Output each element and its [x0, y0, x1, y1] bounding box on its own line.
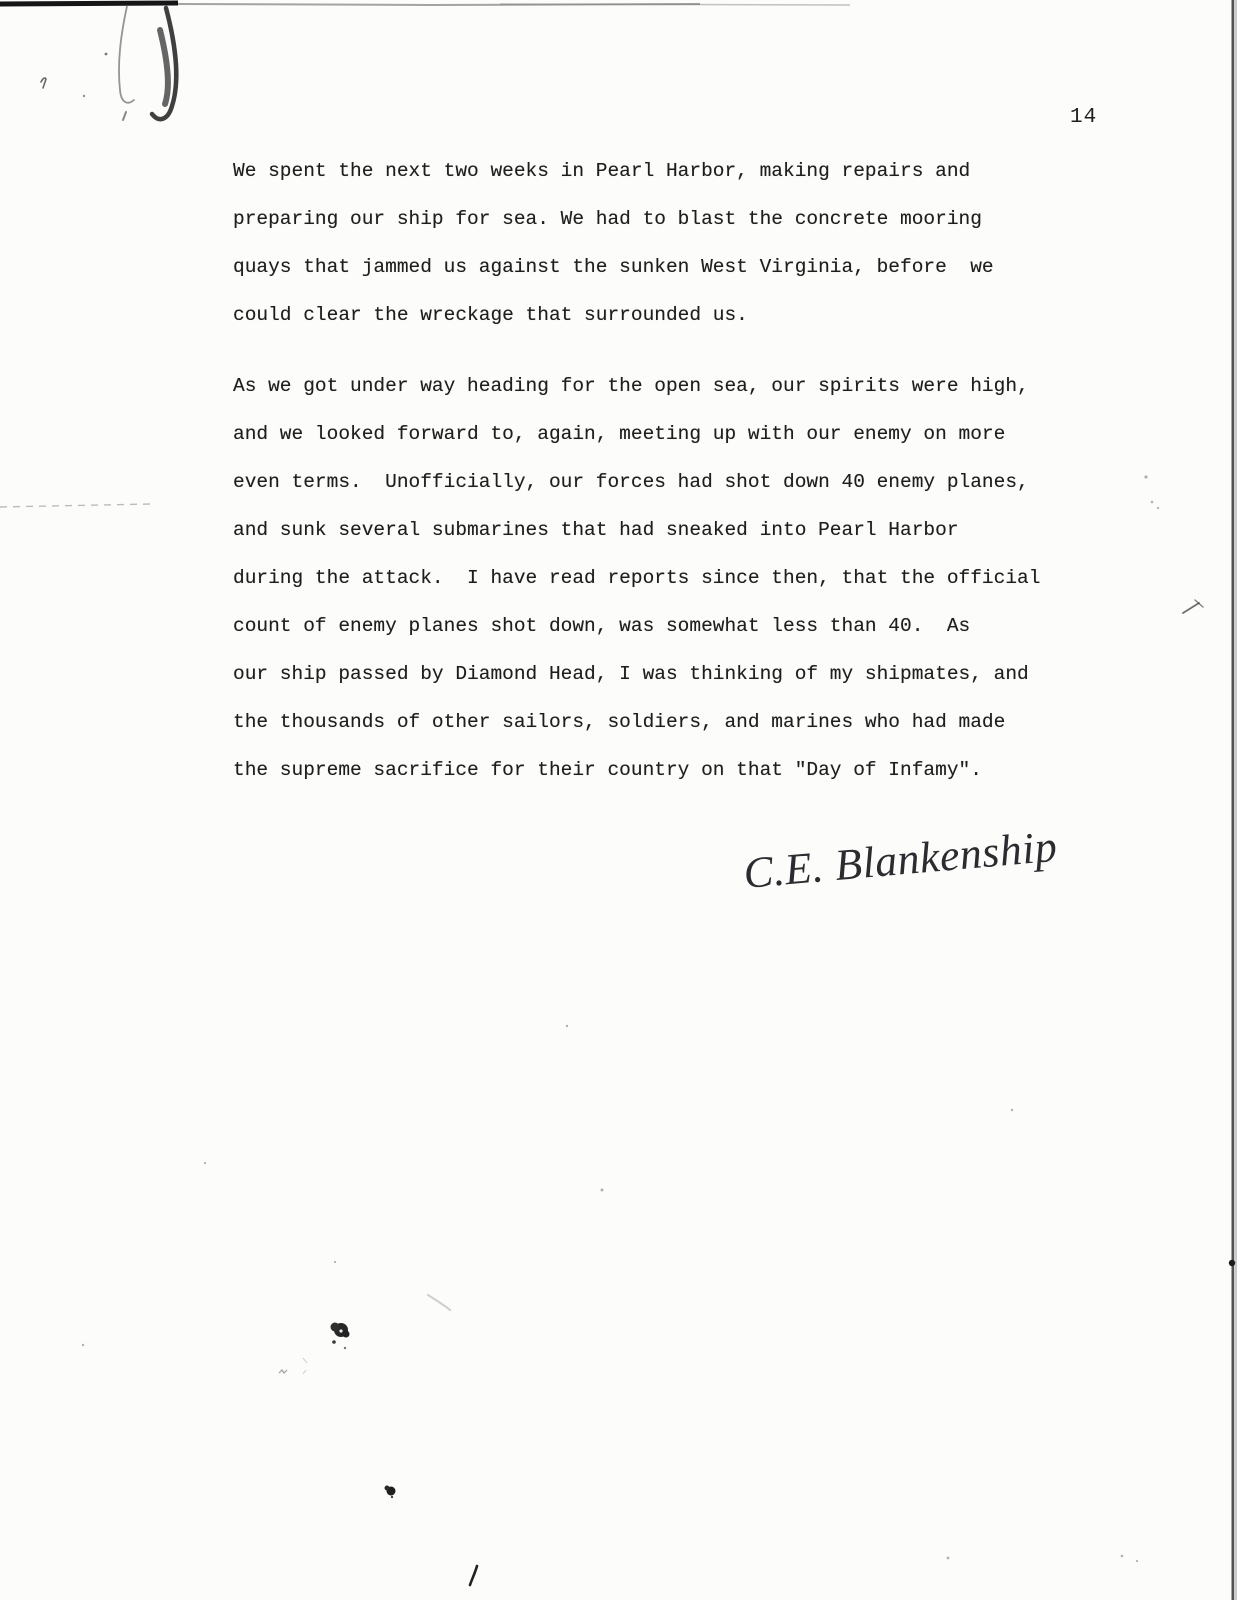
text-line: the thousands of other sailors, soldiers…	[233, 698, 1113, 746]
text-line: our ship passed by Diamond Head, I was t…	[233, 650, 1113, 698]
text-line: preparing our ship for sea. We had to bl…	[233, 195, 1113, 243]
text-line: even terms. Unofficially, our forces had…	[233, 458, 1113, 506]
text-line: the supreme sacrifice for their country …	[233, 746, 1113, 794]
pen-tick	[1183, 600, 1203, 613]
text-line: and sunk several submarines that had sne…	[233, 506, 1113, 554]
slash-mark	[470, 1566, 477, 1585]
text-line: We spent the next two weeks in Pearl Har…	[233, 147, 1113, 195]
paragraph-2: As we got under way heading for the open…	[233, 362, 1113, 794]
smudge-mark	[428, 1295, 450, 1310]
text-line: and we looked forward to, again, meeting…	[233, 410, 1113, 458]
page-number: 14	[1070, 106, 1097, 129]
pen-scribble	[41, 6, 176, 120]
ink-dot	[385, 1486, 396, 1499]
faint-pencil-line	[0, 504, 150, 507]
text-line: could clear the wreckage that surrounded…	[233, 291, 1113, 339]
document-page: 14 We spent the next two weeks in Pearl …	[0, 0, 1237, 1600]
ink-blot	[279, 1323, 350, 1375]
body-text: We spent the next two weeks in Pearl Har…	[233, 147, 1113, 794]
text-line: As we got under way heading for the open…	[233, 362, 1113, 410]
text-line: count of enemy planes shot down, was som…	[233, 602, 1113, 650]
text-line: during the attack. I have read reports s…	[233, 554, 1113, 602]
signature: C.E. Blankenship	[742, 822, 1060, 898]
scan-edge-right	[1229, 0, 1237, 1600]
text-line: quays that jammed us against the sunken …	[233, 243, 1113, 291]
scan-edge-top	[0, 3, 850, 5]
paragraph-1: We spent the next two weeks in Pearl Har…	[233, 147, 1113, 339]
